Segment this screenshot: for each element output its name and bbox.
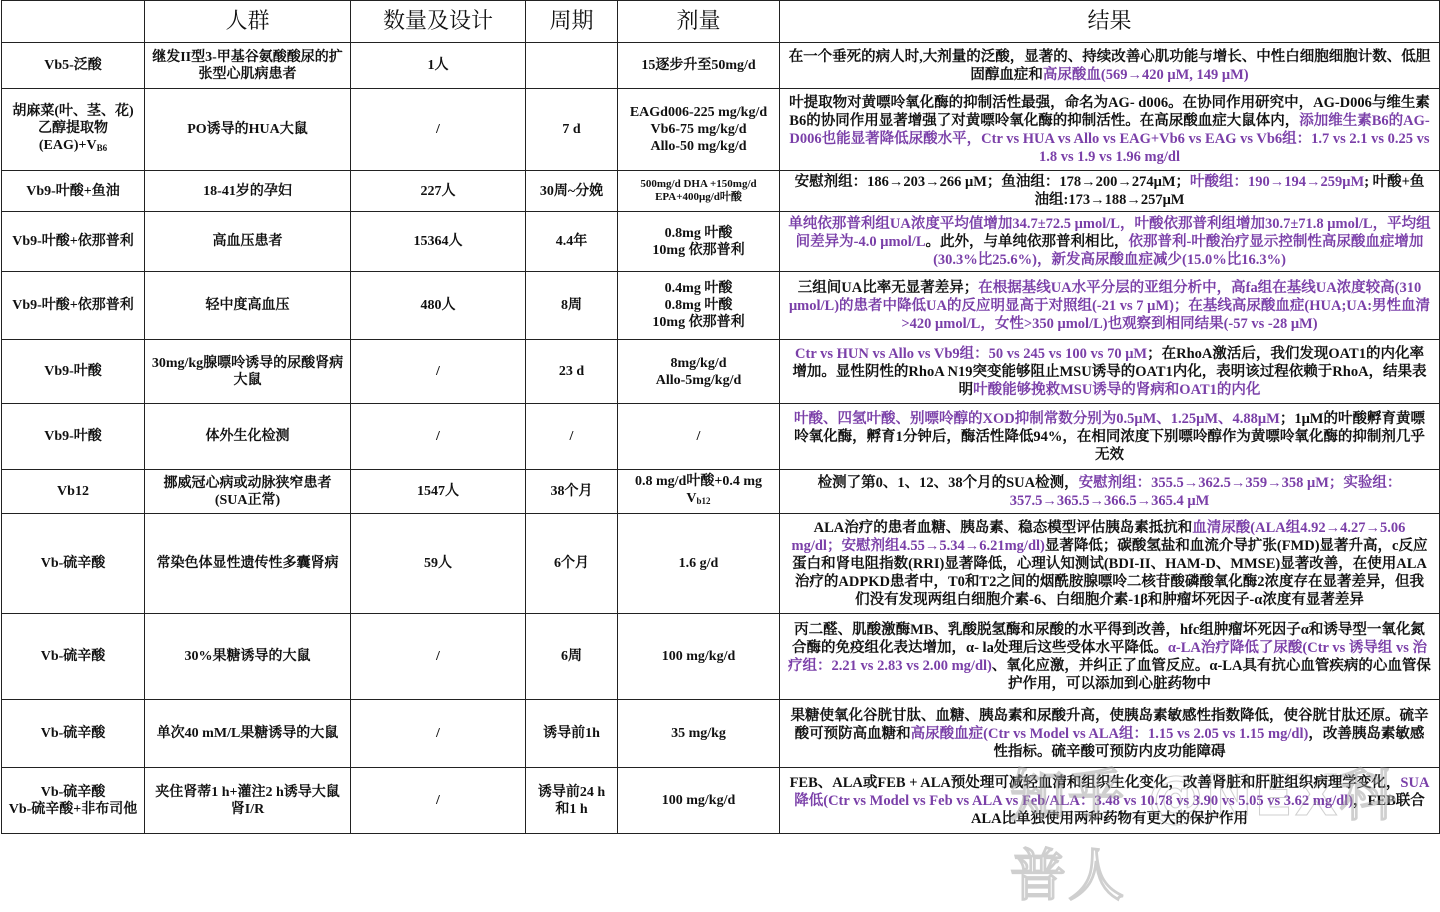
cell-population: 继发II型3-甲基谷氨酸酸尿的扩张型心肌病患者 bbox=[145, 43, 351, 89]
header-agent bbox=[2, 1, 145, 43]
cell-sample: / bbox=[351, 700, 526, 768]
header-sample: 数量及设计 bbox=[351, 1, 526, 43]
cell-sample: / bbox=[351, 768, 526, 834]
table-row: Vb9-叶酸+依那普利高血压患者15364人4.4年0.8mg 叶酸10mg 依… bbox=[2, 212, 1440, 272]
cell-sample: / bbox=[351, 614, 526, 700]
result-text: FEB、ALA或FEB + ALA预处理可减轻血清和组织生化变化，改善肾脏和肝脏… bbox=[790, 775, 1401, 791]
table-row: Vb12挪威冠心病或动脉狭窄患者(SUA正常)1547人38个月0.8 mg/d… bbox=[2, 470, 1440, 514]
cell-period: 6周 bbox=[526, 614, 618, 700]
cell-population: 30%果糖诱导的大鼠 bbox=[145, 614, 351, 700]
cell-sample: 59人 bbox=[351, 514, 526, 614]
cell-period: 6个月 bbox=[526, 514, 618, 614]
cell-result: Ctr vs HUN vs Allo vs Vb9组：50 vs 245 vs … bbox=[780, 340, 1440, 404]
cell-dose: 100 mg/kg/d bbox=[618, 614, 780, 700]
cell-agent: Vb9-叶酸+鱼油 bbox=[2, 171, 145, 212]
cell-population: 体外生化检测 bbox=[145, 404, 351, 470]
cell-population: 常染色体显性遗传性多囊肾病 bbox=[145, 514, 351, 614]
cell-population: PO诱导的HUA大鼠 bbox=[145, 89, 351, 171]
cell-population: 30mg/kg腺嘌呤诱导的尿酸肾病大鼠 bbox=[145, 340, 351, 404]
cell-result: 果糖使氧化谷胱甘肽、血糖、胰岛素和尿酸升高，使胰岛素敏感性指数降低，使谷胱甘肽还… bbox=[780, 700, 1440, 768]
highlighted-text: 叶酸组：190→194→259μM bbox=[1190, 174, 1364, 190]
table-row: Vb-硫辛酸单次40 mM/L果糖诱导的大鼠/诱导前1h35 mg/kg果糖使氧… bbox=[2, 700, 1440, 768]
cell-result: 丙二醛、肌酸激酶MB、乳酸脱氢酶和尿酸的水平得到改善，hfc组肿瘤坏死因子α和诱… bbox=[780, 614, 1440, 700]
cell-sample: 227人 bbox=[351, 171, 526, 212]
cell-result: 三组间UA比率无显著差异；在根据基线UA水平分层的亚组分析中，高fa组在基线UA… bbox=[780, 272, 1440, 340]
cell-dose: 35 mg/kg bbox=[618, 700, 780, 768]
header-population: 人群 bbox=[145, 1, 351, 43]
cell-dose: 0.8 mg/d叶酸+0.4 mg Vb12 bbox=[618, 470, 780, 514]
cell-result: FEB、ALA或FEB + ALA预处理可减轻血清和组织生化变化，改善肾脏和肝脏… bbox=[780, 768, 1440, 834]
cell-result: 检测了第0、1、12、38个月的SUA检测，安慰剂组：355.5→362.5→3… bbox=[780, 470, 1440, 514]
table-row: Vb-硫辛酸Vb-硫辛酸+非布司他夹住肾蒂1 h+灌注2 h诱导大鼠肾I/R/诱… bbox=[2, 768, 1440, 834]
cell-population: 轻中度高血压 bbox=[145, 272, 351, 340]
highlighted-text: 叶酸、四氢叶酸、别嘌呤醇的XOD抑制常数分别为0.5μM、1.25μM、4.88… bbox=[794, 411, 1280, 427]
result-text: 安慰剂组：186→203→266 μM；鱼油组：178→200→274μM； bbox=[795, 174, 1190, 190]
cell-dose: 100 mg/kg/d bbox=[618, 768, 780, 834]
cell-agent: Vb9-叶酸 bbox=[2, 404, 145, 470]
result-text: 。此外，与单纯依那普利相比， bbox=[926, 234, 1129, 250]
header-result: 结果 bbox=[780, 1, 1440, 43]
cell-sample: / bbox=[351, 89, 526, 171]
cell-result: 安慰剂组：186→203→266 μM；鱼油组：178→200→274μM；叶酸… bbox=[780, 171, 1440, 212]
cell-period bbox=[526, 43, 618, 89]
highlighted-text: 高尿酸血症(Ctr vs Model vs ALA组：1.15 vs 2.05 … bbox=[911, 726, 1309, 742]
cell-period: 诱导前1h bbox=[526, 700, 618, 768]
cell-dose: 0.8mg 叶酸10mg 依那普利 bbox=[618, 212, 780, 272]
cell-agent: Vb9-叶酸+依那普利 bbox=[2, 272, 145, 340]
cell-agent: Vb-硫辛酸 bbox=[2, 614, 145, 700]
cell-agent: Vb-硫辛酸 bbox=[2, 514, 145, 614]
cell-population: 18-41岁的孕妇 bbox=[145, 171, 351, 212]
cell-period: 诱导前24 h和1 h bbox=[526, 768, 618, 834]
cell-agent: Vb9-叶酸+依那普利 bbox=[2, 212, 145, 272]
table-row: 胡麻菜(叶、茎、花)乙醇提取物(EAG)+VB6PO诱导的HUA大鼠/7 dEA… bbox=[2, 89, 1440, 171]
result-text: 三组间UA比率无显著差异； bbox=[798, 280, 978, 296]
vitamin-uric-acid-table: 人群 数量及设计 周期 剂量 结果 Vb5-泛酸继发II型3-甲基谷氨酸酸尿的扩… bbox=[1, 0, 1440, 834]
header-period: 周期 bbox=[526, 1, 618, 43]
cell-period: 30周~分娩 bbox=[526, 171, 618, 212]
cell-agent: Vb5-泛酸 bbox=[2, 43, 145, 89]
cell-sample: 1人 bbox=[351, 43, 526, 89]
cell-period: 23 d bbox=[526, 340, 618, 404]
cell-dose: 8mg/kg/dAllo-5mg/kg/d bbox=[618, 340, 780, 404]
header-dose: 剂量 bbox=[618, 1, 780, 43]
cell-dose: 0.4mg 叶酸0.8mg 叶酸10mg 依那普利 bbox=[618, 272, 780, 340]
cell-period: 38个月 bbox=[526, 470, 618, 514]
cell-agent: Vb-硫辛酸Vb-硫辛酸+非布司他 bbox=[2, 768, 145, 834]
cell-dose: / bbox=[618, 404, 780, 470]
cell-result: 叶提取物对黄嘌呤氧化酶的抑制活性最强，命名为AG- d006。在协同作用研究中，… bbox=[780, 89, 1440, 171]
result-text: 检测了第0、1、12、38个月的SUA检测， bbox=[818, 475, 1079, 491]
table-row: Vb9-叶酸+依那普利轻中度高血压480人8周0.4mg 叶酸0.8mg 叶酸1… bbox=[2, 272, 1440, 340]
cell-dose: 500mg/d DHA +150mg/d EPA+400μg/d叶酸 bbox=[618, 171, 780, 212]
cell-population: 夹住肾蒂1 h+灌注2 h诱导大鼠肾I/R bbox=[145, 768, 351, 834]
table-row: Vb9-叶酸30mg/kg腺嘌呤诱导的尿酸肾病大鼠/23 d8mg/kg/dAl… bbox=[2, 340, 1440, 404]
cell-sample: 1547人 bbox=[351, 470, 526, 514]
cell-result: ALA治疗的患者血糖、胰岛素、稳态模型评估胰岛素抵抗和血清尿酸(ALA组4.92… bbox=[780, 514, 1440, 614]
header-row: 人群 数量及设计 周期 剂量 结果 bbox=[2, 1, 1440, 43]
table-row: Vb5-泛酸继发II型3-甲基谷氨酸酸尿的扩张型心肌病患者1人15逐步升至50m… bbox=[2, 43, 1440, 89]
cell-agent: 胡麻菜(叶、茎、花)乙醇提取物(EAG)+VB6 bbox=[2, 89, 145, 171]
table-row: Vb9-叶酸+鱼油18-41岁的孕妇227人30周~分娩500mg/d DHA … bbox=[2, 171, 1440, 212]
cell-sample: 480人 bbox=[351, 272, 526, 340]
cell-result: 在一个垂死的病人时,大剂量的泛酸，显著的、持续改善心肌功能与增长、中性白细胞细胞… bbox=[780, 43, 1440, 89]
cell-agent: Vb12 bbox=[2, 470, 145, 514]
highlighted-text: 高尿酸血(569→420 μM, 149 μM) bbox=[1043, 67, 1249, 83]
cell-dose: 15逐步升至50mg/d bbox=[618, 43, 780, 89]
cell-population: 挪威冠心病或动脉狭窄患者(SUA正常) bbox=[145, 470, 351, 514]
result-text: 、氧化应激，并纠正了血管反应。α-LA具有抗心血管疾病的心血管保护作用，可以添加… bbox=[992, 658, 1431, 692]
table-row: Vb-硫辛酸常染色体显性遗传性多囊肾病59人6个月1.6 g/dALA治疗的患者… bbox=[2, 514, 1440, 614]
cell-dose: EAGd006-225 mg/kg/dVb6-75 mg/kg/dAllo-50… bbox=[618, 89, 780, 171]
cell-result: 叶酸、四氢叶酸、别嘌呤醇的XOD抑制常数分别为0.5μM、1.25μM、4.88… bbox=[780, 404, 1440, 470]
cell-population: 高血压患者 bbox=[145, 212, 351, 272]
table-row: Vb-硫辛酸30%果糖诱导的大鼠/6周100 mg/kg/d丙二醛、肌酸激酶MB… bbox=[2, 614, 1440, 700]
cell-period: 7 d bbox=[526, 89, 618, 171]
cell-sample: 15364人 bbox=[351, 212, 526, 272]
highlighted-text: 叶酸能够挽救MSU诱导的肾病和OAT1的内化 bbox=[973, 382, 1260, 398]
cell-result: 单纯依那普利组UA浓度平均值增加34.7±72.5 μmol/L，叶酸依那普利组… bbox=[780, 212, 1440, 272]
cell-sample: / bbox=[351, 340, 526, 404]
result-text: ALA治疗的患者血糖、胰岛素、稳态模型评估胰岛素抵抗和 bbox=[814, 520, 1193, 536]
cell-population: 单次40 mM/L果糖诱导的大鼠 bbox=[145, 700, 351, 768]
cell-period: / bbox=[526, 404, 618, 470]
cell-sample: / bbox=[351, 404, 526, 470]
cell-agent: Vb9-叶酸 bbox=[2, 340, 145, 404]
cell-period: 4.4年 bbox=[526, 212, 618, 272]
cell-period: 8周 bbox=[526, 272, 618, 340]
highlighted-text: Ctr vs HUN vs Allo vs Vb9组：50 vs 245 vs … bbox=[795, 346, 1147, 362]
table-row: Vb9-叶酸体外生化检测///叶酸、四氢叶酸、别嘌呤醇的XOD抑制常数分别为0.… bbox=[2, 404, 1440, 470]
cell-dose: 1.6 g/d bbox=[618, 514, 780, 614]
cell-agent: Vb-硫辛酸 bbox=[2, 700, 145, 768]
